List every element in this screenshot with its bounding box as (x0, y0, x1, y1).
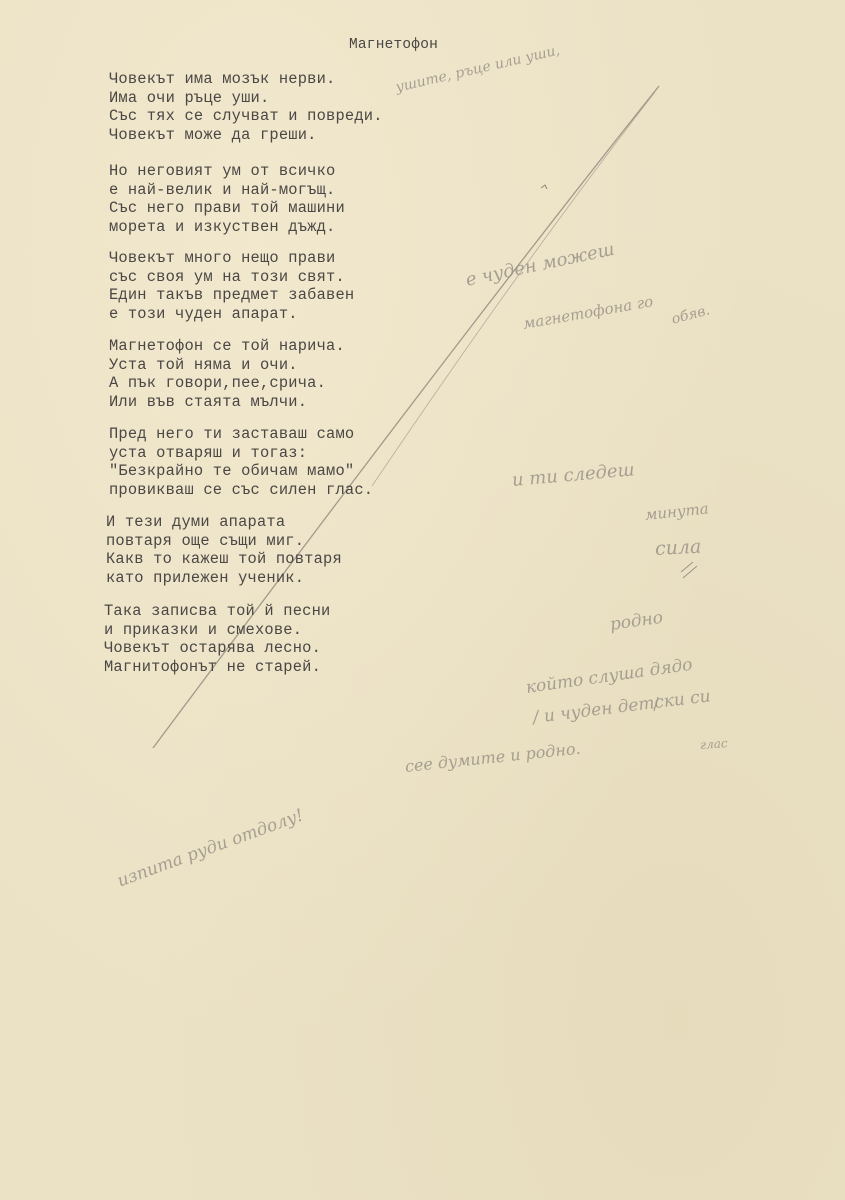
verse-line: като прилежен ученик. (106, 569, 342, 588)
verse-line: морета и изкуствен дъжд. (109, 218, 345, 237)
verse-line: и приказки и смехове. (104, 621, 330, 640)
verse-line: И тези думи апарата (106, 513, 342, 532)
stanza-5: Пред него ти заставаш само уста отваряш … (109, 425, 373, 499)
verse-line: Един такъв предмет забавен (109, 286, 354, 305)
verse-line: Магнетофон се той нарича. (109, 337, 345, 356)
verse-line: Пред него ти заставаш само (109, 425, 373, 444)
paper-sheet: Магнетофон Човекът има мозък нерви. Има … (0, 0, 845, 1200)
verse-line: Уста той няма и очи. (109, 356, 345, 375)
verse-line: със своя ум на този свят. (109, 268, 354, 287)
stanza-3: Човекът много нещо прави със своя ум на … (109, 249, 354, 323)
verse-line: е най-велик и най-могъщ. (109, 181, 345, 200)
verse-line: Със него прави той машини (109, 199, 345, 218)
verse-line: Човекът остарява лесно. (104, 639, 330, 658)
verse-line: Какв то кажеш той повтаря (106, 550, 342, 569)
verse-line: Човекът има мозък нерви. (109, 70, 383, 89)
verse-line: провикваш се със силен глас. (109, 481, 373, 500)
stanza-4: Магнетофон се той нарича. Уста той няма … (109, 337, 345, 411)
stanza-6: И тези думи апарата повтаря още същи миг… (106, 513, 342, 587)
verse-line: Човекът много нещо прави (109, 249, 354, 268)
stanza-2: Но неговият ум от всичко е най-велик и н… (109, 162, 345, 236)
handwritten-note: сила (654, 536, 701, 560)
verse-line: повтаря още същи миг. (106, 532, 342, 551)
verse-line: Така записва той й песни (104, 602, 330, 621)
verse-line: Човекът може да греши. (109, 126, 383, 145)
stanza-7: Така записва той й песни и приказки и см… (104, 602, 330, 676)
handwritten-note: глас (700, 736, 729, 752)
verse-line: Има очи ръце уши. (109, 89, 383, 108)
verse-line: Или във стаята мълчи. (109, 393, 345, 412)
verse-line: е този чуден апарат. (109, 305, 354, 324)
verse-line: А пък говори,пее,срича. (109, 374, 345, 393)
verse-line: Магнитофонът не старей. (104, 658, 330, 677)
document-title: Магнетофон (349, 37, 438, 53)
verse-line: Но неговият ум от всичко (109, 162, 345, 181)
verse-line: уста отваряш и тогаз: (109, 444, 373, 463)
stanza-1: Човекът има мозък нерви. Има очи ръце уш… (109, 70, 383, 144)
verse-line: Със тях се случват и повреди. (109, 107, 383, 126)
verse-line: "Безкрайно те обичам мамо" (109, 462, 373, 481)
